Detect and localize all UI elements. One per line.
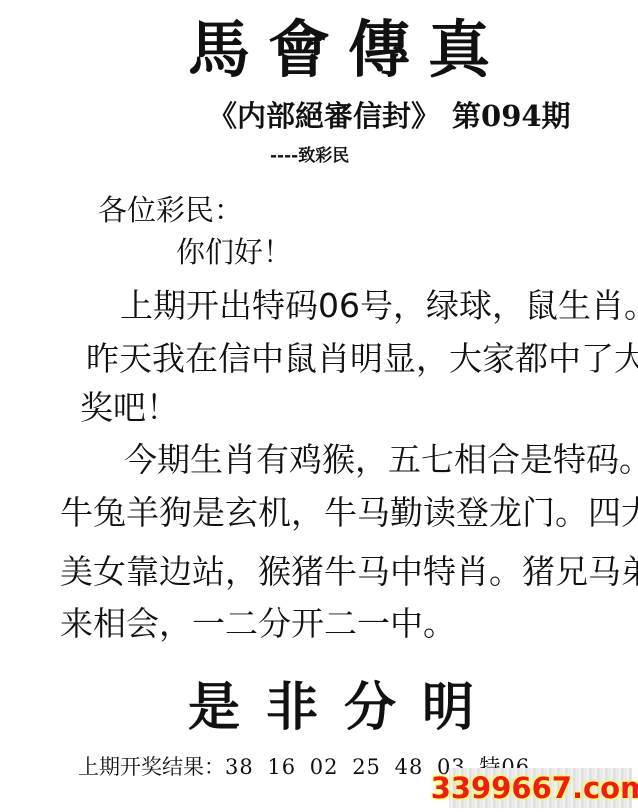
watermark-text: 3399667.com [431,771,638,805]
letter-line-3: 奖吧！ [80,388,179,428]
last-result-label: 上期开奖结果： [78,755,225,779]
letter-line-7: 来相会，一二分开二一中。 [60,604,456,644]
letter-line-5: 牛兔羊狗是玄机，牛马勤读登龙门。四大 [60,493,638,533]
site-watermark: 3399667.com [449,768,632,808]
issue-number: 第094期 [452,99,571,133]
subtitle-line: 《内部絕審信封》第094期 [208,96,571,136]
letter-line-4: 今期生肖有鸡猴，五七相合是特码。 [124,440,638,480]
document-title: 馬會傳真 [188,14,508,86]
motto-heading: 是非分明 [188,676,500,740]
letter-line-2: 昨天我在信中鼠肖明显，大家都中了大 [86,339,638,379]
greeting: 你们好！ [176,234,292,270]
subtitle-label: 《内部絕審信封》 [208,99,440,133]
salutation: 各位彩民： [98,192,243,228]
signoff: ----致彩民 [270,144,349,168]
letter-line-6: 美女靠边站，猴猪牛马中特肖。猪兄马弟 [60,552,638,592]
letter-line-1: 上期开出特码06号，绿球，鼠生肖。 [120,286,638,326]
